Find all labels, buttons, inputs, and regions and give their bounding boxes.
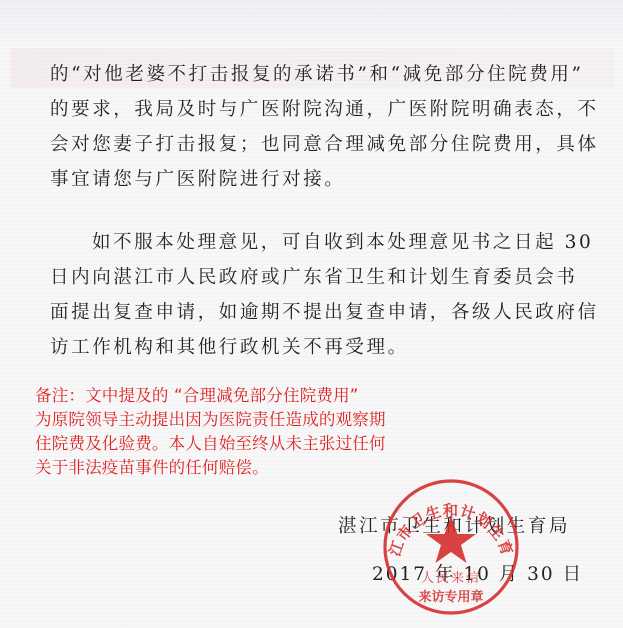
text-line: 如不服本处理意见，可自收到本处理意见书之日起 30 [50,225,606,260]
scanned-page: 的“对他老婆不打击报复的承诺书”和“减免部分住院费用” 的要求，我局及时与广医附… [0,0,623,628]
stamp-bottom-text: 来访专用章 [418,589,483,605]
issue-date: 2017 年 10 月 30 日 [372,560,583,586]
text-line: 的要求，我局及时与广医附院沟通，广医附院明确表态，不 [50,92,606,127]
text-line: 日内向湛江市人民政府或广东省卫生和计划生育委员会书 [8,260,606,295]
note-line: 备注：文中提及的 “合理减免部分住院费用” [35,384,455,408]
note-line: 住院费及化验费。本人自始至终从未主张过任何 [35,432,455,456]
note-line: 关于非法疫苗事件的任何赔偿。 [35,456,455,480]
official-seal-stamp: 湛江市卫生和计划生育局 人民来信 来访专用章 [378,474,524,620]
paragraph-hospital-response: 的“对他老婆不打击报复的承诺书”和“减免部分住院费用” 的要求，我局及时与广医附… [50,57,606,197]
text-line: 访工作机构和其他行政机关不再受理。 [8,330,606,365]
issuing-authority: 湛江市卫生和计划生育局 [338,512,570,538]
text-line: 事宜请您与广医附院进行对接。 [50,162,606,197]
text-line: 面提出复查申请，如逾期不提出复查申请，各级人民政府信 [8,295,606,330]
text-line: 会对您妻子打击报复；也同意合理减免部分住院费用，具体 [50,127,606,162]
note-line: 为原院领导主动提出因为医院责任造成的观察期 [35,408,455,432]
text-line: 的“对他老婆不打击报复的承诺书”和“减免部分住院费用” [50,57,606,92]
paragraph-appeal-notice: 如不服本处理意见，可自收到本处理意见书之日起 30 日内向湛江市人民政府或广东省… [50,225,606,365]
red-annotation-note: 备注：文中提及的 “合理减免部分住院费用” 为原院领导主动提出因为医院责任造成的… [35,384,455,480]
